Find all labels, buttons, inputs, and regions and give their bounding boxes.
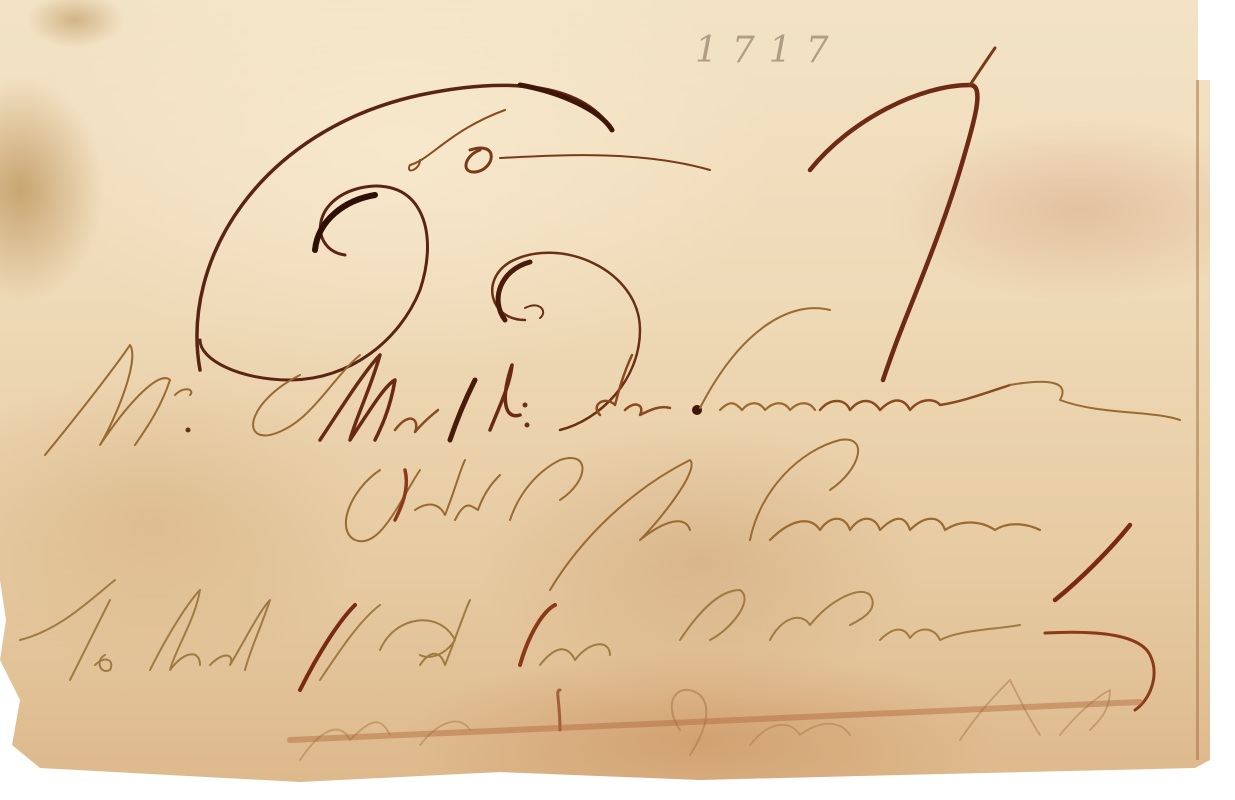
handwriting-ink [0,0,1235,800]
